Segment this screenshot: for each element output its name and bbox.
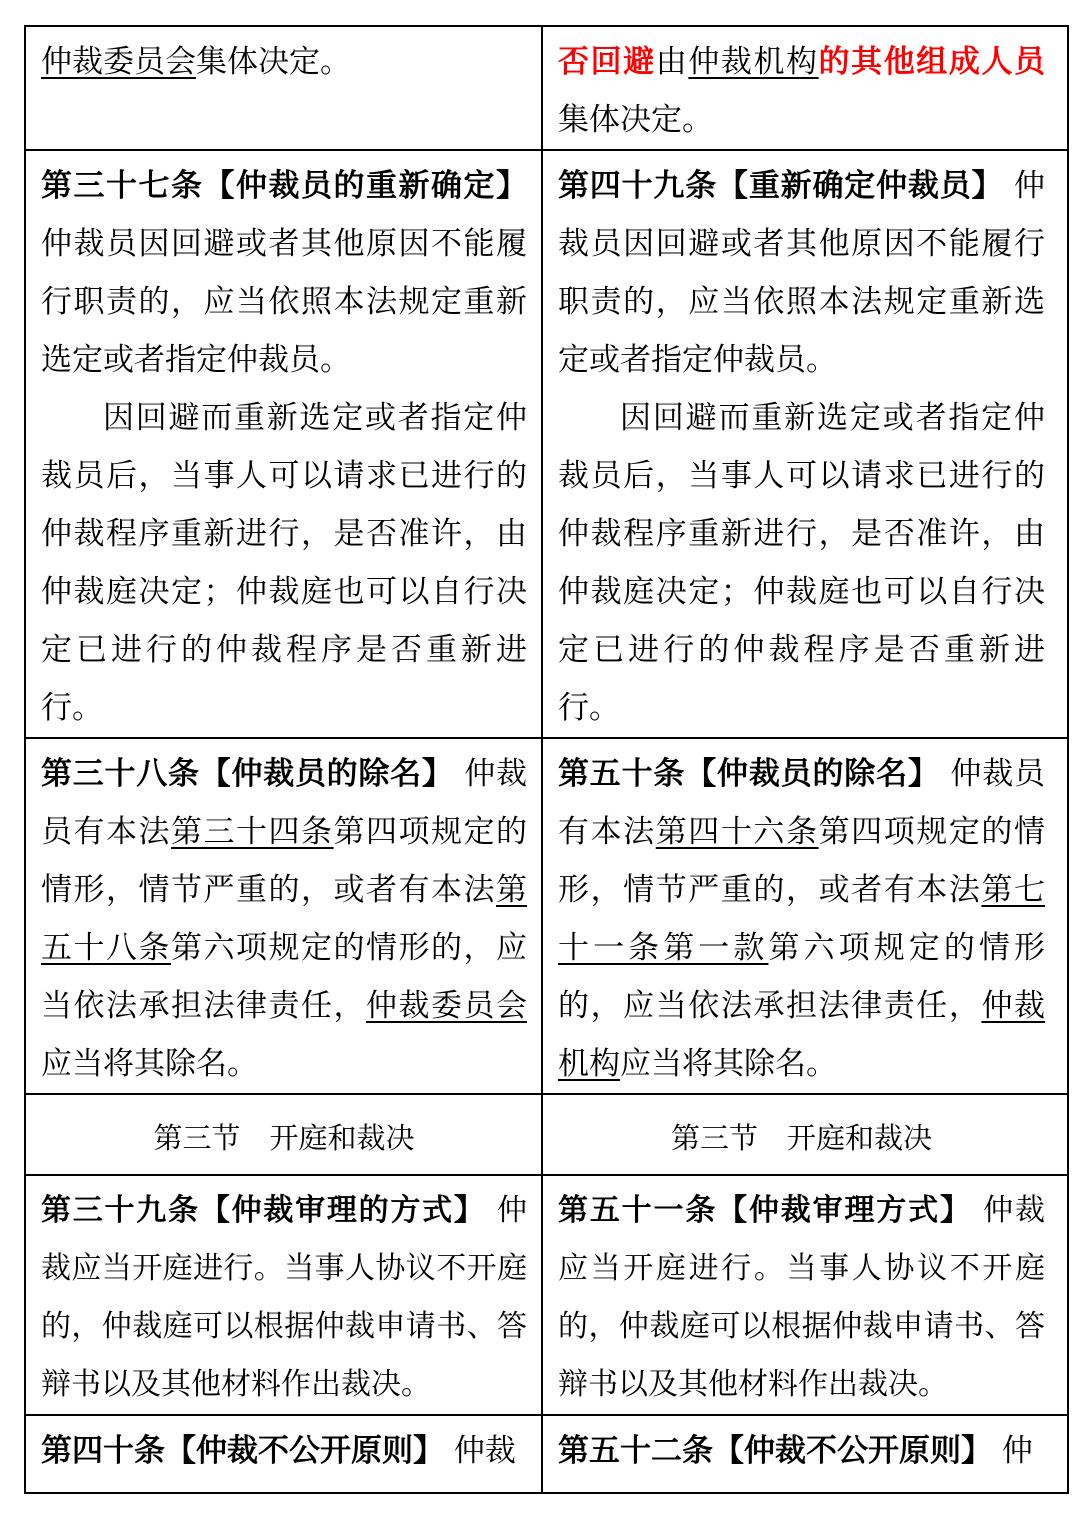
text-segment: 仲 xyxy=(992,1433,1033,1469)
text-segment: 由 xyxy=(656,44,689,80)
text-segment: 仲裁员因回避或者其他原因不能履行职责的，应当依照本法规定重新选定或者指定仲裁员。 xyxy=(41,226,527,378)
text-segment: 集体决定。 xyxy=(196,44,351,80)
new-article-51-paragraph: 第五十一条【仲裁审理方式】 仲裁应当开庭进行。当事人协议不开庭的，仲裁庭可以根据… xyxy=(558,1182,1045,1414)
text-segment: 应当将其除名。 xyxy=(41,1046,258,1082)
text-segment: 的其他组成人员 xyxy=(819,44,1045,80)
text-segment: 仲裁委员会 xyxy=(41,44,196,80)
text-segment: 第三节 开庭和裁决 xyxy=(671,1121,932,1155)
old-article-40-paragraph-partial: 第四十条【仲裁不公开原则】 仲裁 xyxy=(41,1422,527,1480)
text-segment: 仲裁委员会 xyxy=(366,988,527,1024)
cell-old-article-39: 第三十九条【仲裁审理的方式】 仲裁应当开庭进行。当事人协议不开庭的，仲裁庭可以根… xyxy=(25,1175,542,1415)
cell-old-law-continuation: 仲裁委员会集体决定。 xyxy=(25,26,542,150)
text-segment: 应当将其除名。 xyxy=(620,1046,837,1082)
text-segment: 因回避而重新选定或者指定仲裁员后，当事人可以请求已进行的仲裁程序重新进行，是否准… xyxy=(41,400,527,726)
new-law-section-3-heading: 第三节 开庭和裁决 xyxy=(558,1109,1045,1167)
table-row-article-40-vs-52: 第四十条【仲裁不公开原则】 仲裁 第五十二条【仲裁不公开原则】 仲 xyxy=(25,1415,1068,1493)
cell-new-article-50: 第五十条【仲裁员的除名】 仲裁员有本法第四十六条第四项规定的情形，情节严重的，或… xyxy=(542,738,1068,1094)
new-article-49-paragraph-1: 第四十九条【重新确定仲裁员】 仲裁员因回避或者其他原因不能履行职责的，应当依照本… xyxy=(558,157,1045,389)
text-segment: 第三十九条【仲裁审理的方式】 xyxy=(41,1193,486,1228)
text-segment: 仲裁 xyxy=(444,1433,516,1469)
text-segment: 集体决定。 xyxy=(558,102,713,138)
text-segment: 因回避而重新选定或者指定仲裁员后，当事人可以请求已进行的仲裁程序重新进行，是否准… xyxy=(558,400,1045,726)
old-article-37-paragraph-2: 因回避而重新选定或者指定仲裁员后，当事人可以请求已进行的仲裁程序重新进行，是否准… xyxy=(41,389,527,737)
text-segment: 第三十四条 xyxy=(171,814,334,850)
new-law-continuation-paragraph: 否回避由仲裁机构的其他组成人员集体决定。 xyxy=(558,33,1045,149)
cell-old-article-37: 第三十七条【仲裁员的重新确定】 仲裁员因回避或者其他原因不能履行职责的，应当依照… xyxy=(25,150,542,738)
cell-old-article-40: 第四十条【仲裁不公开原则】 仲裁 xyxy=(25,1415,542,1493)
new-article-52-paragraph-partial: 第五十二条【仲裁不公开原则】 仲 xyxy=(558,1422,1045,1480)
new-article-50-paragraph: 第五十条【仲裁员的除名】 仲裁员有本法第四十六条第四项规定的情形，情节严重的，或… xyxy=(558,745,1045,1093)
table-row-continuation: 仲裁委员会集体决定。 否回避由仲裁机构的其他组成人员集体决定。 xyxy=(25,26,1068,150)
text-segment: 第五十二条【仲裁不公开原则】 xyxy=(558,1433,992,1469)
old-article-37-paragraph-1: 第三十七条【仲裁员的重新确定】 仲裁员因回避或者其他原因不能履行职责的，应当依照… xyxy=(41,157,527,389)
cell-new-section-3-heading: 第三节 开庭和裁决 xyxy=(542,1094,1068,1175)
table-row-article-38-vs-50: 第三十八条【仲裁员的除名】 仲裁员有本法第三十四条第四项规定的情形，情节严重的，… xyxy=(25,738,1068,1094)
text-segment: 第五十一条【仲裁审理方式】 xyxy=(558,1193,972,1228)
old-law-section-3-heading: 第三节 开庭和裁决 xyxy=(41,1109,527,1167)
cell-old-section-3-heading: 第三节 开庭和裁决 xyxy=(25,1094,542,1175)
text-segment: 第三十七条【仲裁员的重新确定】 xyxy=(41,168,527,204)
text-segment: 第四十九条【重新确定仲裁员】 xyxy=(558,168,1003,204)
cell-new-article-51: 第五十一条【仲裁审理方式】 仲裁应当开庭进行。当事人协议不开庭的，仲裁庭可以根据… xyxy=(542,1175,1068,1415)
text-segment: 第三节 开庭和裁决 xyxy=(153,1121,414,1155)
document-page: 仲裁委员会集体决定。 否回避由仲裁机构的其他组成人员集体决定。 第三十七条【仲裁… xyxy=(0,0,1080,1527)
table-row-article-37-vs-49: 第三十七条【仲裁员的重新确定】 仲裁员因回避或者其他原因不能履行职责的，应当依照… xyxy=(25,150,1068,738)
text-segment: 否回避 xyxy=(558,44,656,80)
cell-new-law-continuation: 否回避由仲裁机构的其他组成人员集体决定。 xyxy=(542,26,1068,150)
cell-old-article-38: 第三十八条【仲裁员的除名】 仲裁员有本法第三十四条第四项规定的情形，情节严重的，… xyxy=(25,738,542,1094)
new-article-49-paragraph-2: 因回避而重新选定或者指定仲裁员后，当事人可以请求已进行的仲裁程序重新进行，是否准… xyxy=(558,389,1045,737)
text-segment: 第四十六条 xyxy=(656,814,819,850)
cell-new-article-49: 第四十九条【重新确定仲裁员】 仲裁员因回避或者其他原因不能履行职责的，应当依照本… xyxy=(542,150,1068,738)
table-row-article-39-vs-51: 第三十九条【仲裁审理的方式】 仲裁应当开庭进行。当事人协议不开庭的，仲裁庭可以根… xyxy=(25,1175,1068,1415)
text-segment: 第三十八条【仲裁员的除名】 xyxy=(41,756,454,792)
cell-new-article-52: 第五十二条【仲裁不公开原则】 仲 xyxy=(542,1415,1068,1493)
text-segment: 第五十条【仲裁员的除名】 xyxy=(558,756,940,792)
text-segment: 第四十条【仲裁不公开原则】 xyxy=(41,1433,444,1469)
old-article-38-paragraph: 第三十八条【仲裁员的除名】 仲裁员有本法第三十四条第四项规定的情形，情节严重的，… xyxy=(41,745,527,1093)
text-segment: 仲裁机构 xyxy=(688,44,818,80)
table-row-section-3-heading: 第三节 开庭和裁决 第三节 开庭和裁决 xyxy=(25,1094,1068,1175)
law-comparison-table: 仲裁委员会集体决定。 否回避由仲裁机构的其他组成人员集体决定。 第三十七条【仲裁… xyxy=(24,25,1069,1494)
old-article-39-paragraph: 第三十九条【仲裁审理的方式】 仲裁应当开庭进行。当事人协议不开庭的，仲裁庭可以根… xyxy=(41,1182,527,1414)
old-law-continuation-paragraph: 仲裁委员会集体决定。 xyxy=(41,33,527,91)
